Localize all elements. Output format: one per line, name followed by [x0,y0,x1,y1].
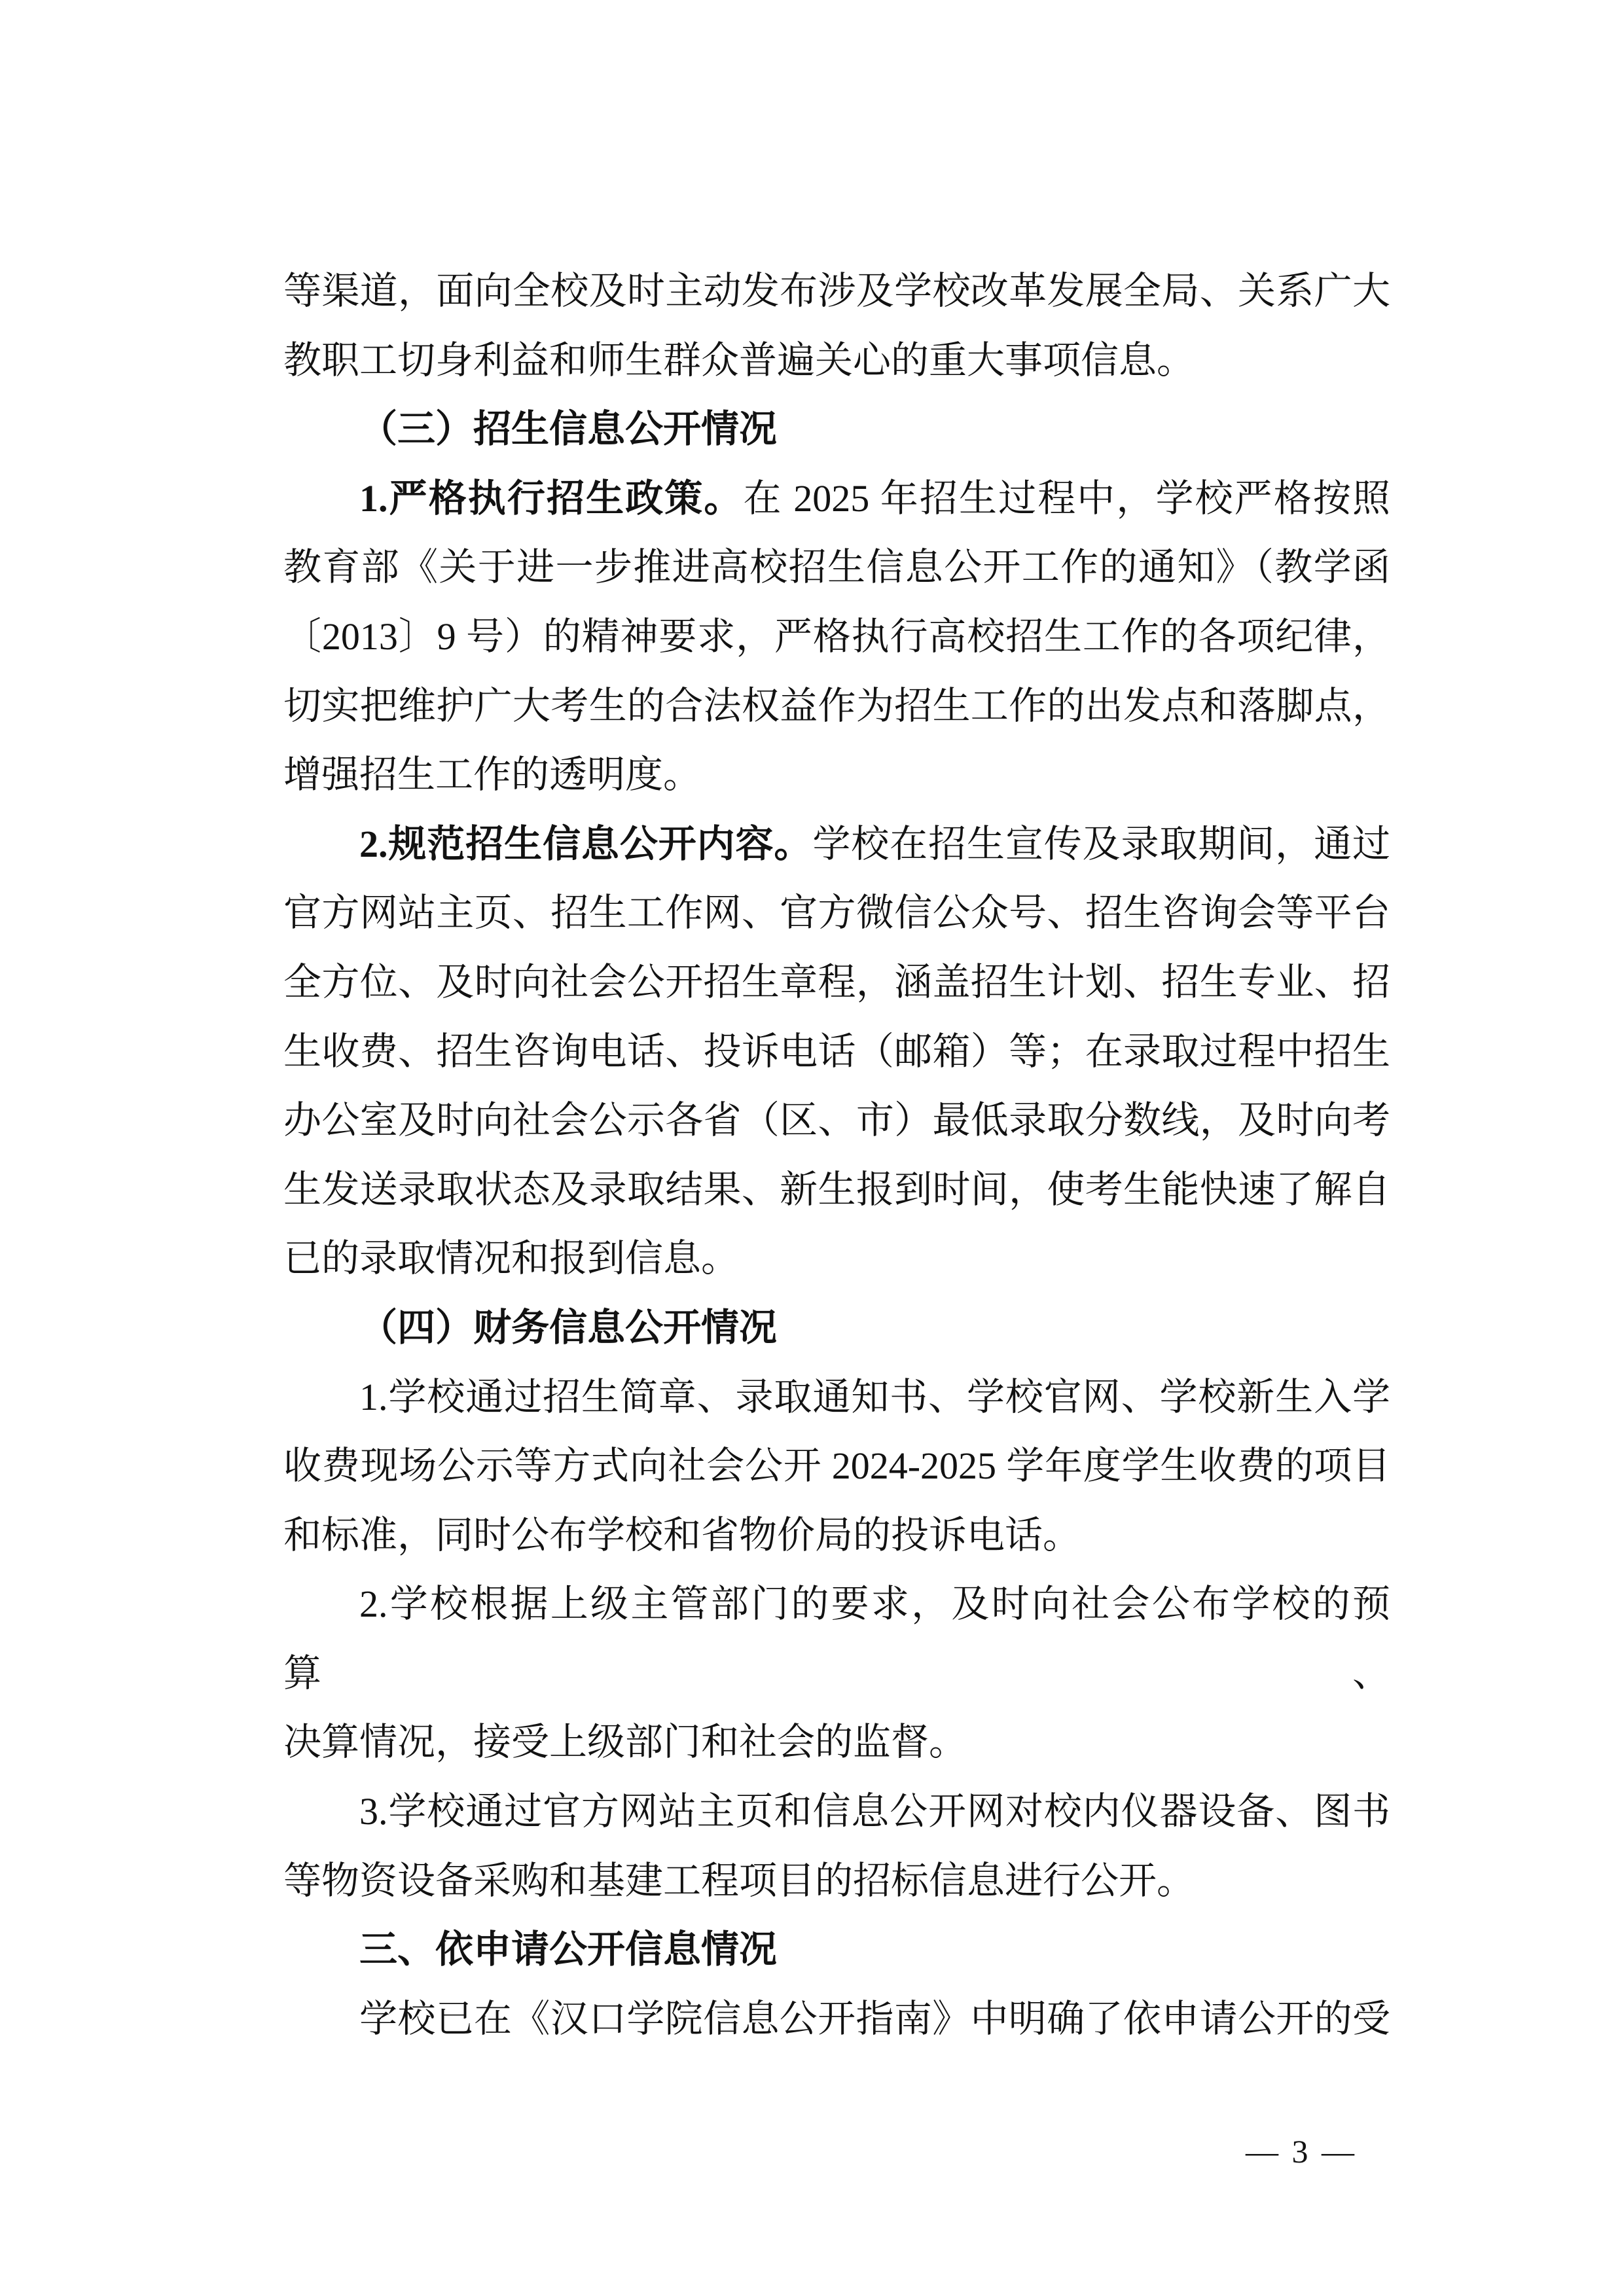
text-line: 生收费、招生咨询电话、投诉电话（邮箱）等；在录取过程中招生 [283,1017,1390,1086]
heading-request-based-disclosure: 三、依申请公开信息情况 [283,1915,1390,1984]
text-line: 〔2013〕9 号）的精神要求，严格执行高校招生工作的各项纪律， [283,602,1390,672]
text-line: 2.规范招生信息公开内容。学校在招生宣传及录取期间，通过 [283,810,1390,879]
heading-admissions-info-disclosure: （三）招生信息公开情况 [283,395,1390,464]
text-run: 学校在招生宣传及录取期间，通过 [812,823,1390,865]
text-line: 切实把维护广大考生的合法权益作为招生工作的出发点和落脚点， [283,672,1390,741]
text-line: 1.学校通过招生简章、录取通知书、学校官网、学校新生入学 [283,1363,1390,1432]
text-line: 1.严格执行招生政策。在 2025 年招生过程中，学校严格按照 [283,464,1390,533]
text-line: 学校已在《汉口学院信息公开指南》中明确了依申请公开的受 [283,1984,1390,2054]
lead-standardize-admission-info: 2.规范招生信息公开内容。 [359,823,812,865]
heading-financial-info-disclosure: （四）财务信息公开情况 [283,1293,1390,1363]
document-page: 等渠道，面向全校及时主动发布涉及学校改革发展全局、关系广大 教职工切身利益和师生… [0,0,1622,2296]
text-line: 官方网站主页、招生工作网、官方微信公众号、招生咨询会等平台 [283,878,1390,948]
page-number: — 3 — [1216,2132,1386,2170]
text-line: 决算情况，接受上级部门和社会的监督。 [283,1708,1390,1777]
text-line: 和标准，同时公布学校和省物价局的投诉电话。 [283,1501,1390,1570]
text-line: 已的录取情况和报到信息。 [283,1224,1390,1293]
text-line: 生发送录取状态及录取结果、新生报到时间，使考生能快速了解自 [283,1155,1390,1225]
text-line: 收费现场公示等方式向社会公开 2024-2025 学年度学生收费的项目 [283,1431,1390,1501]
text-line: 教职工切身利益和师生群众普遍关心的重大事项信息。 [283,326,1390,395]
text-line: 全方位、及时向社会公开招生章程，涵盖招生计划、招生专业、招 [283,948,1390,1017]
text-line: 等物资设备采购和基建工程项目的招标信息进行公开。 [283,1846,1390,1916]
text-line: 办公室及时向社会公示各省（区、市）最低录取分数线，及时向考 [283,1086,1390,1155]
lead-strict-admission-policy: 1.严格执行招生政策。 [359,477,744,520]
text-line: 增强招生工作的透明度。 [283,740,1390,810]
text-line: 教育部《关于进一步推进高校招生信息公开工作的通知》（教学函 [283,533,1390,602]
text-run: 在 2025 年招生过程中，学校严格按照 [744,477,1390,520]
text-line: 等渠道，面向全校及时主动发布涉及学校改革发展全局、关系广大 [283,257,1390,326]
text-line: 3.学校通过官方网站主页和信息公开网对校内仪器设备、图书 [283,1777,1390,1846]
document-body: 等渠道，面向全校及时主动发布涉及学校改革发展全局、关系广大 教职工切身利益和师生… [283,257,1390,2053]
text-line: 2.学校根据上级主管部门的要求，及时向社会公布学校的预算、 [283,1570,1390,1708]
